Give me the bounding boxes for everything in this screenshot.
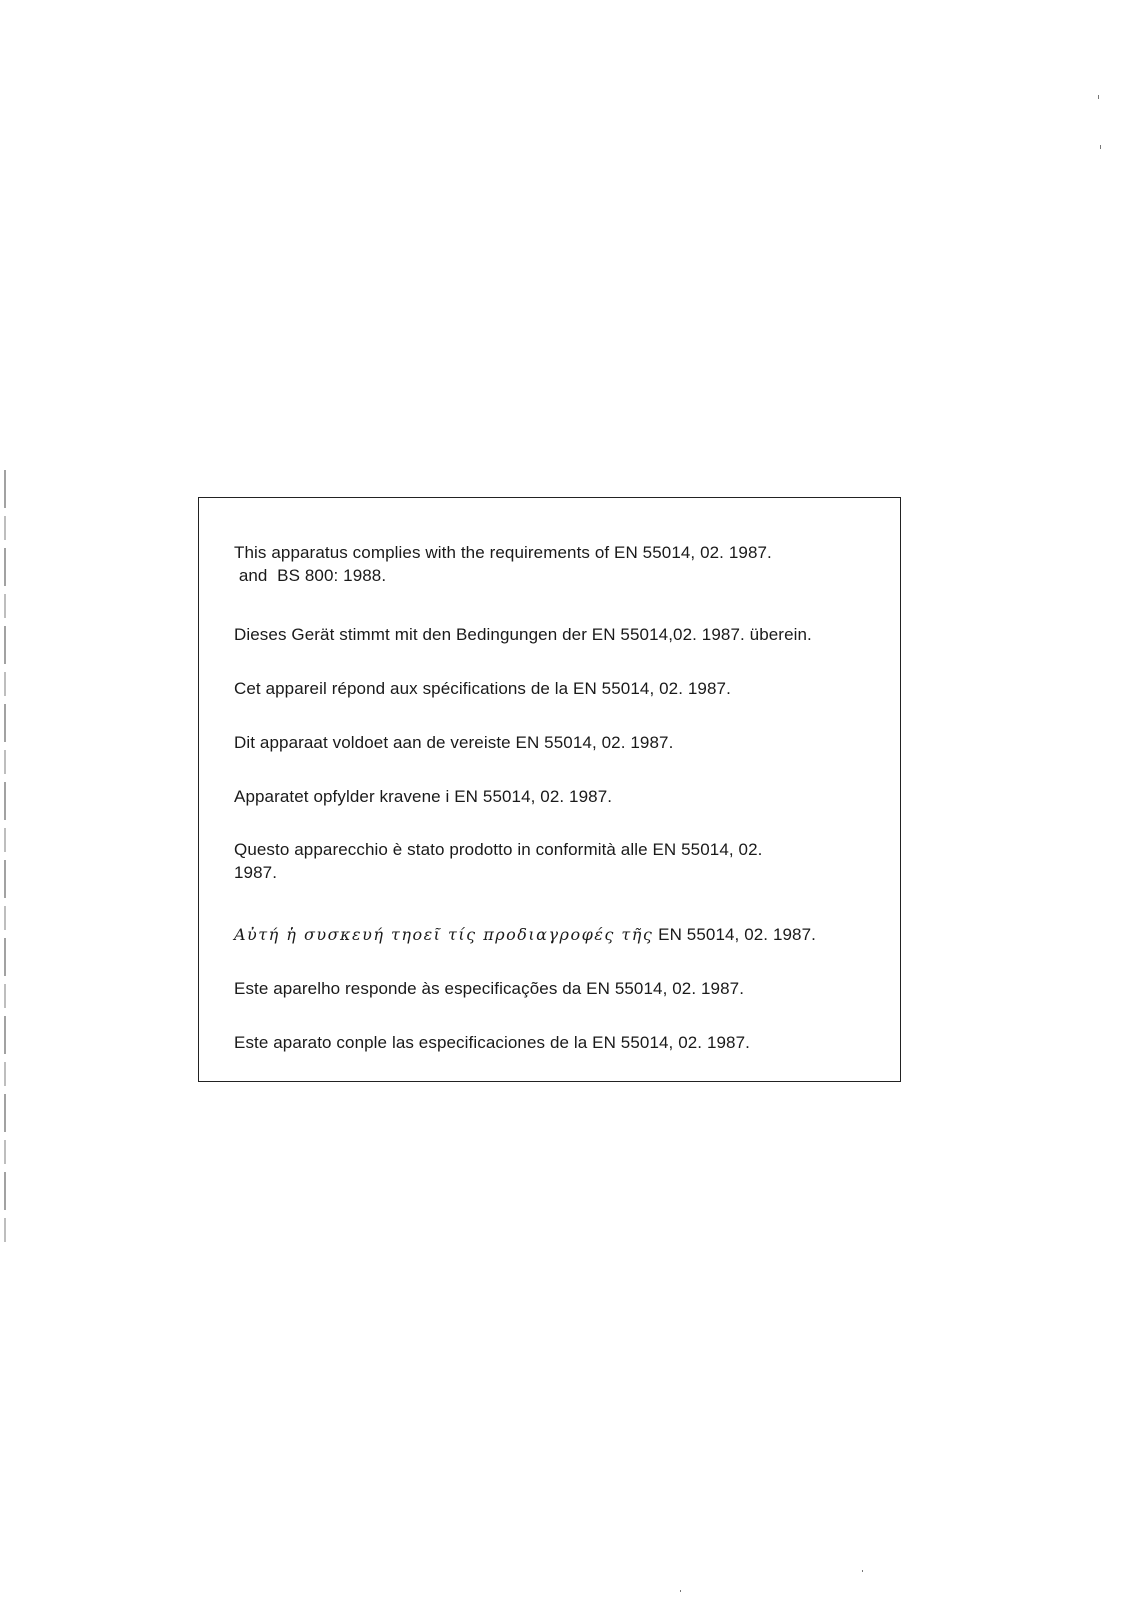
statement-english: This apparatus complies with the require…	[234, 541, 772, 587]
scanned-page: This apparatus complies with the require…	[0, 0, 1127, 1600]
scan-edge-artifact	[4, 470, 6, 1250]
statement-danish-line-1: Apparatet opfylder kravene i EN 55014, 0…	[234, 785, 612, 808]
statement-spanish: Este aparato conple las especificaciones…	[234, 1031, 750, 1054]
statement-dutch: Dit apparaat voldoet aan de vereiste EN …	[234, 731, 673, 754]
scan-dot-artifact	[862, 1570, 863, 1572]
statement-german: Dieses Gerät stimmt mit den Bedingungen …	[234, 623, 812, 646]
scan-dot-artifact	[1100, 145, 1101, 149]
statement-greek-text: Αὐτή ἡ συσκευή τηοεῖ τίς προδιαγροφές τῆ…	[234, 925, 653, 944]
statement-italian-line-1: Questo apparecchio è stato prodotto in c…	[234, 838, 762, 861]
statement-greek: Αὐτή ἡ συσκευή τηοεῖ τίς προδιαγροφές τῆ…	[234, 923, 816, 946]
statement-portuguese-line-1: Este aparelho responde às especificações…	[234, 977, 744, 1000]
statement-italian: Questo apparecchio è stato prodotto in c…	[234, 838, 762, 884]
statement-greek-suffix: EN 55014, 02. 1987.	[653, 925, 816, 944]
statement-english-line-1: This apparatus complies with the require…	[234, 541, 772, 564]
statement-danish: Apparatet opfylder kravene i EN 55014, 0…	[234, 785, 612, 808]
statement-french-line-1: Cet appareil répond aux spécifications d…	[234, 677, 731, 700]
compliance-notice-box: This apparatus complies with the require…	[198, 497, 901, 1082]
statement-english-line-2: and BS 800: 1988.	[234, 564, 772, 587]
statement-german-line-1: Dieses Gerät stimmt mit den Bedingungen …	[234, 623, 812, 646]
statement-french: Cet appareil répond aux spécifications d…	[234, 677, 731, 700]
statement-portuguese: Este aparelho responde às especificações…	[234, 977, 744, 1000]
scan-dot-artifact	[1098, 95, 1099, 99]
statement-spanish-line-1: Este aparato conple las especificaciones…	[234, 1031, 750, 1054]
statement-italian-line-2: 1987.	[234, 861, 762, 884]
statement-dutch-line-1: Dit apparaat voldoet aan de vereiste EN …	[234, 731, 673, 754]
scan-dot-artifact	[680, 1590, 681, 1592]
